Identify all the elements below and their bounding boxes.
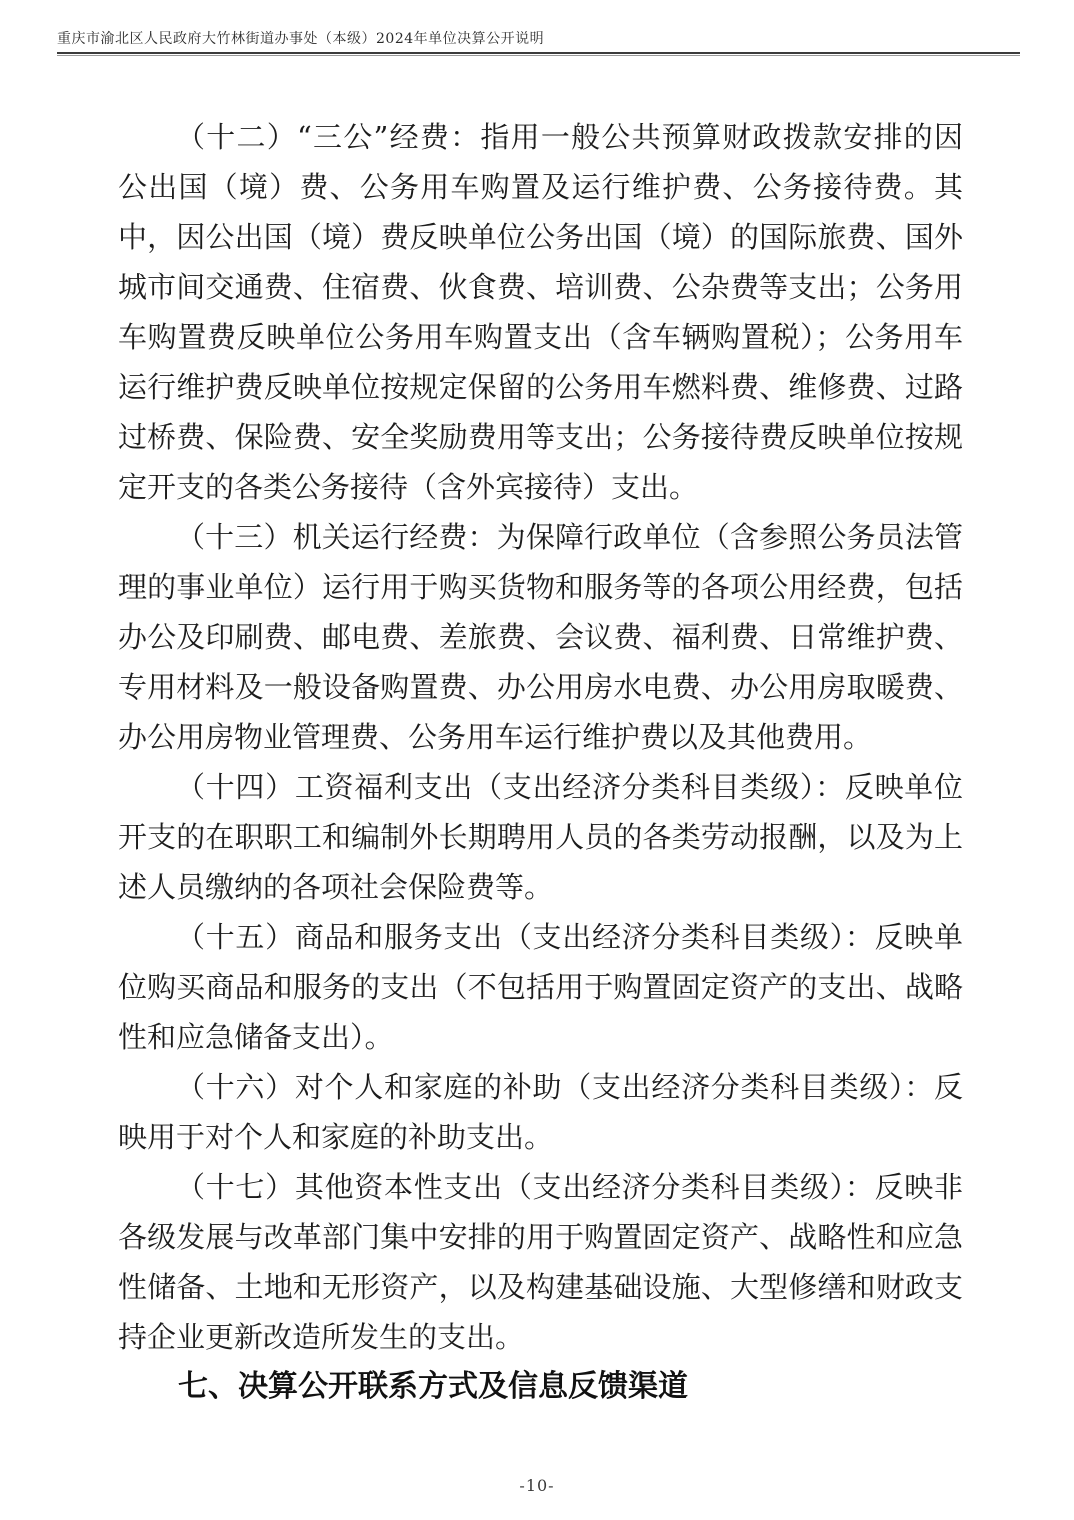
paragraph: （十四）工资福利支出（支出经济分类科目类级）：反映单位开支的在职职工和编制外长期… <box>118 762 963 912</box>
page-footer: -10- <box>0 1476 1074 1495</box>
text-line: 运行维护费反映单位按规定保留的公务用车燃料费、维修费、过路 <box>118 362 963 412</box>
text-line: 各级发展与改革部门集中安排的用于购置固定资产、战略性和应急 <box>118 1212 963 1262</box>
text-line: 性和应急储备支出）。 <box>118 1012 963 1062</box>
page-header: 重庆市渝北区人民政府大竹林街道办事处（本级）2024年单位决算公开说明 <box>57 30 1020 56</box>
paragraph: （十七）其他资本性支出（支出经济分类科目类级）：反映非各级发展与改革部门集中安排… <box>118 1162 963 1362</box>
text-line: 性储备、土地和无形资产，以及构建基础设施、大型修缮和财政支 <box>118 1262 963 1312</box>
text-line: 公出国（境）费、公务用车购置及运行维护费、公务接待费。其 <box>118 162 963 212</box>
text-line: 办公用房物业管理费、公务用车运行维护费以及其他费用。 <box>118 712 963 762</box>
text-line: 持企业更新改造所发生的支出。 <box>118 1312 963 1362</box>
text-line: 车购置费反映单位公务用车购置支出（含车辆购置税）；公务用车 <box>118 312 963 362</box>
text-line: 七、决算公开联系方式及信息反馈渠道 <box>118 1362 963 1412</box>
paragraph: （十三）机关运行经费：为保障行政单位（含参照公务员法管理的事业单位）运行用于购买… <box>118 512 963 762</box>
text-line: （十三）机关运行经费：为保障行政单位（含参照公务员法管 <box>118 512 963 562</box>
text-line: 办公及印刷费、邮电费、差旅费、会议费、福利费、日常维护费、 <box>118 612 963 662</box>
document-page: 重庆市渝北区人民政府大竹林街道办事处（本级）2024年单位决算公开说明 （十二）… <box>0 0 1074 1520</box>
paragraph: （十五）商品和服务支出（支出经济分类科目类级）：反映单位购买商品和服务的支出（不… <box>118 912 963 1062</box>
text-line: 述人员缴纳的各项社会保险费等。 <box>118 862 963 912</box>
header-rule-thick <box>57 52 1020 54</box>
header-rule <box>57 52 1020 56</box>
header-title: 重庆市渝北区人民政府大竹林街道办事处（本级）2024年单位决算公开说明 <box>57 30 1020 48</box>
paragraph: （十六）对个人和家庭的补助（支出经济分类科目类级）：反映用于对个人和家庭的补助支… <box>118 1062 963 1162</box>
document-body: （十二）“三公”经费：指用一般公共预算财政拨款安排的因公出国（境）费、公务用车购… <box>118 112 963 1412</box>
page-number: -10- <box>519 1476 554 1495</box>
text-line: （十七）其他资本性支出（支出经济分类科目类级）：反映非 <box>118 1162 963 1212</box>
text-line: 理的事业单位）运行用于购买货物和服务等的各项公用经费，包括 <box>118 562 963 612</box>
text-line: 过桥费、保险费、安全奖励费用等支出；公务接待费反映单位按规 <box>118 412 963 462</box>
text-line: 专用材料及一般设备购置费、办公用房水电费、办公用房取暖费、 <box>118 662 963 712</box>
text-line: （十四）工资福利支出（支出经济分类科目类级）：反映单位 <box>118 762 963 812</box>
text-line: 定开支的各类公务接待（含外宾接待）支出。 <box>118 462 963 512</box>
text-line: （十六）对个人和家庭的补助（支出经济分类科目类级）：反 <box>118 1062 963 1112</box>
text-line: 映用于对个人和家庭的补助支出。 <box>118 1112 963 1162</box>
text-line: 位购买商品和服务的支出（不包括用于购置固定资产的支出、战略 <box>118 962 963 1012</box>
paragraph: （十二）“三公”经费：指用一般公共预算财政拨款安排的因公出国（境）费、公务用车购… <box>118 112 963 512</box>
text-line: 开支的在职职工和编制外长期聘用人员的各类劳动报酬，以及为上 <box>118 812 963 862</box>
text-line: （十二）“三公”经费：指用一般公共预算财政拨款安排的因 <box>118 112 963 162</box>
text-line: （十五）商品和服务支出（支出经济分类科目类级）：反映单 <box>118 912 963 962</box>
text-line: 中，因公出国（境）费反映单位公务出国（境）的国际旅费、国外 <box>118 212 963 262</box>
text-line: 城市间交通费、住宿费、伙食费、培训费、公杂费等支出；公务用 <box>118 262 963 312</box>
section-heading: 七、决算公开联系方式及信息反馈渠道 <box>118 1362 963 1412</box>
header-rule-thin <box>57 55 1020 56</box>
